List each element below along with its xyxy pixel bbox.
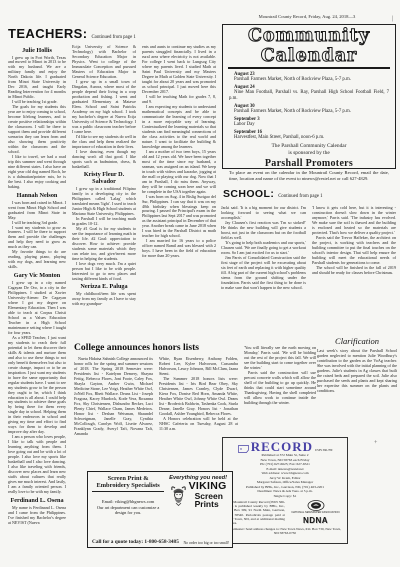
body-paragraph: I am married for 16 years to a police of… — [142, 238, 216, 258]
teachers-continued-note: Continued from page 1 — [91, 35, 135, 40]
ad-body-text: Our art department can customize a desig… — [92, 505, 164, 516]
calendar-entry: September 3 Labor Day — [229, 117, 389, 128]
body-paragraph: I will be teaching Math for grades 7, 8,… — [142, 94, 216, 104]
body-paragraph: A Honors celebration will be held at the… — [159, 416, 238, 431]
record-masthead-box: RECORD USPS 366-780 Published at 372 Mai… — [222, 437, 348, 544]
body-paragraph: My favorite things to do are reading, pl… — [8, 249, 66, 269]
national-newspaper-association-logo — [307, 500, 325, 511]
body-paragraph: Jacki said. 'It is a big moment for our … — [221, 205, 306, 220]
body-paragraph: Jim Parris of Consolidated Construction … — [221, 255, 306, 290]
body-paragraph: In Parshall I will be teaching math in g… — [72, 216, 136, 226]
community-calendar-title: Community Calendar — [229, 26, 389, 66]
teachers-column-1: Julie HollisI grew up in Fort Worth, Tex… — [8, 44, 66, 541]
body-paragraph: I was born on Aug. 4 in Bislig Surigao d… — [142, 194, 216, 239]
school-section-title: SCHOOL: — [223, 188, 274, 200]
body-paragraph: I love dogs very much. I'm a quiet perso… — [72, 261, 136, 281]
body-paragraph: I grew up in a city named Cagayan De Oro… — [8, 280, 66, 335]
teacher-name-heading: Ferdinand L. Osena — [8, 497, 66, 504]
body-paragraph: I am a person who loves people, I like t… — [8, 434, 66, 494]
body-paragraph: My #1 Goal is for my students to see the… — [72, 226, 136, 261]
college-honors-headline: College announces honors lists — [74, 342, 238, 353]
body-paragraph: 'It's going to help both academics and o… — [221, 240, 306, 255]
ad-brand-word: Prints — [195, 500, 227, 508]
body-paragraph: The school will be finished in the fall … — [312, 265, 396, 275]
body-paragraph: I want my students to grow as learners. … — [8, 225, 66, 250]
teacher-name-heading: Kristy Fleur D. Salvador — [72, 171, 136, 185]
calendar-submission-note: To place an event on the calendar in the… — [229, 170, 389, 181]
postmaster-note: Postmaster: Send address changes to: New… — [227, 527, 343, 535]
body-paragraph: I grew up in Fort Worth, Texas and moved… — [8, 55, 66, 100]
scan-artifact-mark: | — [392, 16, 393, 22]
school-section-header: SCHOOL: Continued from page 1 — [223, 188, 323, 200]
ndna-logo: NDNA — [303, 516, 328, 525]
college-column-right: White, Ryan Eisenberry, Anthony Folden, … — [159, 356, 238, 436]
teachers-column-2: Ecija University of Science & Technology… — [72, 44, 136, 344]
body-paragraph: Jay Clausen's first reaction was 'I'm so… — [221, 220, 306, 240]
calendar-sponsor-line: The Parshall Community Calendar — [229, 143, 389, 150]
body-paragraph: 'I know it gets cold here, but it is int… — [312, 205, 396, 235]
record-publication-lines: Published at 372 Main St, Suite 2New Tow… — [227, 453, 343, 498]
ad-email: Email: viking@bhgnews.com — [92, 499, 164, 504]
school-continued-note: Continued from page 1 — [278, 194, 322, 199]
college-column-left: Nueta Hidatsa Sahnish College announced … — [74, 356, 153, 436]
calendar-entry-desc: Labor Day — [229, 122, 389, 128]
viking-screen-prints-ad: Screen Print & Embroidery Specialists Em… — [87, 471, 233, 548]
body-paragraph: I am expecting my students to understand… — [142, 104, 216, 149]
body-paragraph: My name is Ferdinand L. Osena and I came… — [8, 505, 66, 525]
body-paragraph: Last week's story about the Parshall Sch… — [317, 348, 397, 393]
calendar-sponsor-line: is sponsored by the — [229, 150, 389, 157]
teachers-section-header: TEACHERS: Continued from page 1 — [8, 26, 136, 41]
teachers-section-title: TEACHERS: — [8, 26, 87, 41]
ad-headline-line2: Embroidery Specialists — [92, 482, 164, 491]
masthead-dateline: Mountrail County Record, Friday, Aug. 24… — [218, 14, 396, 19]
community-calendar-box: Community Calendar August 23 Parshall Fa… — [222, 24, 396, 169]
clarification-body: Last week's story about the Parshall Sch… — [317, 348, 397, 393]
teacher-name-heading: Hannah Nelson — [8, 192, 66, 199]
calendar-entry-desc: Harvestfest, Main Street, Parshall, noon… — [229, 135, 389, 141]
calendar-entry: August 30 Parshall Farmers Market, North… — [229, 104, 389, 115]
teachers-column-3: ents and aunts to continue my studies as… — [142, 44, 216, 344]
body-paragraph: ents and aunts to continue my studies as… — [142, 44, 216, 94]
body-paragraph: 'You will literally see the earth moving… — [244, 345, 316, 370]
body-paragraph: The Summer 2018 honors lists were: Presi… — [159, 376, 238, 416]
body-paragraph: I'd like to see my students do well in t… — [72, 134, 136, 149]
body-paragraph: I will be teaching 3rd grade. — [8, 220, 66, 225]
school-column-right: 'I know it gets cold here, but it is int… — [312, 205, 396, 333]
calendar-title-rule — [228, 67, 390, 69]
body-paragraph: Single Copy: $1 — [227, 494, 343, 499]
teacher-name-heading: Nerizza E. Paluga — [72, 283, 136, 290]
teacher-name-heading: Julie Hollis — [8, 47, 66, 54]
body-paragraph: I am a mother of two teen boys, 15 years… — [142, 149, 216, 194]
body-paragraph: Nueta Hidatsa Sahnish College announced … — [74, 356, 153, 436]
body-paragraph: The goals for my students this year are … — [8, 104, 66, 154]
calendar-entry-desc: Nine Man Football, Parshall vs. Ray, Par… — [229, 90, 389, 101]
calendar-entry: August 24 Nine Man Football, Parshall vs… — [229, 85, 389, 101]
newspaper-page: Mountrail County Record, Friday, Aug. 24… — [0, 0, 400, 567]
body-paragraph: Parris said the Trevor Haffeker, the arc… — [312, 235, 396, 265]
body-paragraph: I grew up in a small town of Dingalan, A… — [72, 79, 136, 134]
body-paragraph: I like to travel, we had a road trip thi… — [8, 154, 66, 189]
usps-number: USPS 366-780 — [315, 448, 332, 452]
ad-headline-line1: Screen Print & — [92, 475, 164, 482]
body-paragraph: I grew up in a traditional Filipino fami… — [72, 186, 136, 216]
record-issn-paragraph: The Mountrail County Record (ISSN 366-78… — [227, 500, 285, 526]
body-paragraph: As a SPED Teacher, I just want my studen… — [8, 335, 66, 435]
ad-footnote: No order too big or too small! — [167, 541, 229, 545]
calendar-entry: September 16 Harvestfest, Main Street, P… — [229, 130, 389, 141]
calendar-entry-desc: Parshall Farmers Market, North of Rockvi… — [229, 77, 389, 83]
school-column-left: Jacki said. 'It is a big moment for our … — [221, 205, 306, 345]
body-paragraph: I love dancing, even though my dancing w… — [72, 149, 136, 169]
calendar-sponsor-name: Parshall Promoters — [229, 158, 389, 169]
body-paragraph: My childhood/teen life was spent away fr… — [72, 291, 136, 306]
calendar-entry-desc: Parshall Farmers Market, North of Rockvi… — [229, 109, 389, 115]
body-paragraph: Ecija University of Science & Technology… — [72, 44, 136, 79]
calendar-entry: August 23 Parshall Farmers Market, North… — [229, 72, 389, 83]
body-paragraph: White, Ryan Eisenberry, Anthony Folden, … — [159, 356, 238, 376]
clarification-title: Clarification — [317, 336, 397, 346]
viking-mascot-icon — [170, 484, 187, 506]
body-paragraph: I was born and raised in Minot. I went f… — [8, 200, 66, 220]
ad-call-to-action: Call for a quote today: 1-800-658-3485 — [92, 539, 164, 545]
teacher-name-heading: Gary Vic Monton — [8, 272, 66, 279]
nna-caption: NATIONAL NEWSPAPER ASSOCIATION — [292, 512, 340, 515]
school-column-continuation: 'You will literally see the earth moving… — [244, 345, 316, 427]
north-dakota-state-icon — [238, 445, 249, 453]
body-paragraph: Parris said the construction will use pr… — [244, 370, 316, 405]
record-logo: RECORD — [251, 440, 313, 453]
college-honors-article: College announces honors lists Nueta Hid… — [74, 342, 238, 469]
